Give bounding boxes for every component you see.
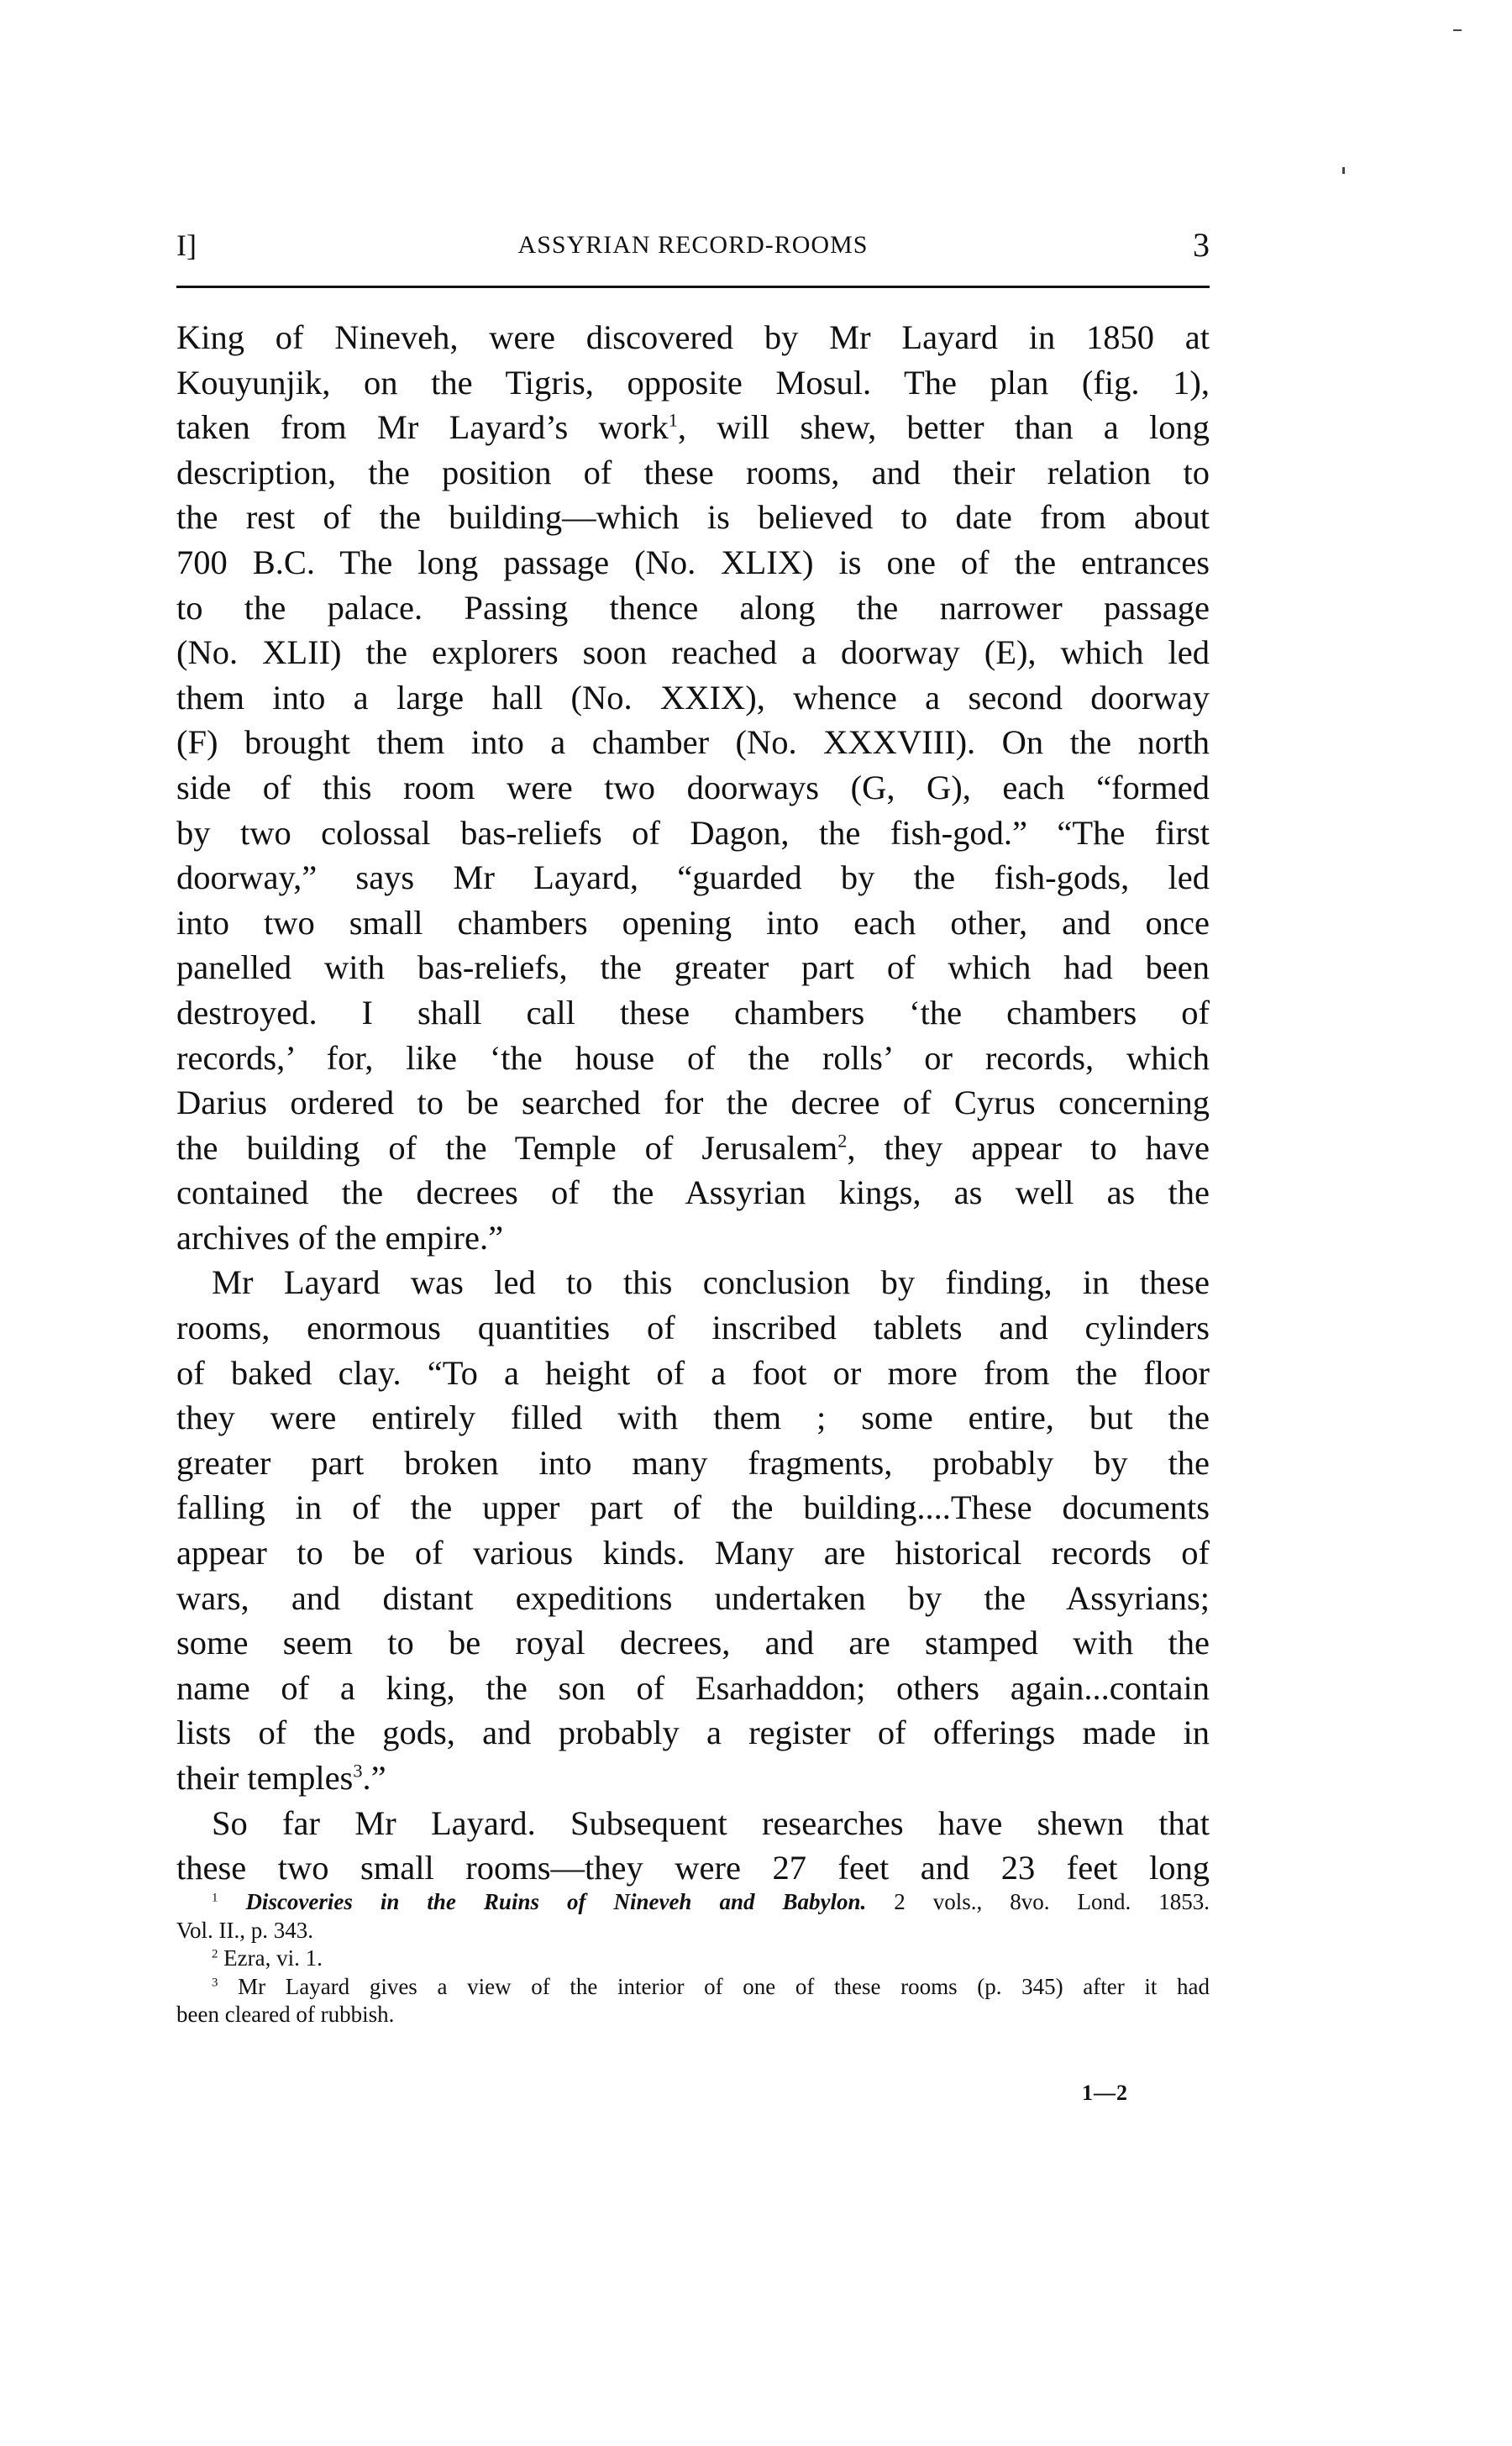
footnote-line: Vol. II., p. 343. (176, 1917, 1210, 1945)
text-line: contained the decrees of the Assyrian ki… (176, 1170, 1210, 1215)
scan-speck (1453, 29, 1462, 31)
text-line: description, the position of these rooms… (176, 450, 1210, 496)
footnotes: 1 Discoveries in the Ruins of Nineveh an… (176, 1888, 1210, 2029)
text-line: the building of the Temple of Jerusalem2… (176, 1126, 1210, 1171)
text-line: destroyed. I shall call these chambers ‘… (176, 990, 1210, 1036)
footnote-line: 2 Ezra, vi. 1. (176, 1945, 1210, 1973)
text-line: Mr Layard was led to this conclusion by … (176, 1260, 1210, 1305)
footnote-ref[interactable]: 3 (353, 1761, 362, 1782)
book-page: I] ASSYRIAN RECORD-ROOMS 3 King of Ninev… (0, 0, 1512, 2446)
text-line: records,’ for, like ‘the house of the ro… (176, 1036, 1210, 1081)
header-rule (176, 286, 1210, 288)
footnote-ref[interactable]: 1 (669, 410, 678, 431)
footnote-marker: 1 (212, 1891, 218, 1904)
signature-mark: 1—2 (1082, 2076, 1128, 2110)
text-line: some seem to be royal decrees, and are s… (176, 1620, 1210, 1666)
text-line: panelled with bas-reliefs, the greater p… (176, 945, 1210, 990)
text-line: them into a large hall (No. XXIX), whenc… (176, 675, 1210, 721)
text-line: to the palace. Passing thence along the … (176, 585, 1210, 631)
footnote-line: 1 Discoveries in the Ruins of Nineveh an… (176, 1888, 1210, 1917)
text-line: side of this room were two doorways (G, … (176, 765, 1210, 811)
text-line: these two small rooms—they were 27 feet … (176, 1845, 1210, 1891)
text-line: appear to be of various kinds. Many are … (176, 1530, 1210, 1576)
text-line: rooms, enormous quantities of inscribed … (176, 1305, 1210, 1351)
text-line: taken from Mr Layard’s work1, will shew,… (176, 405, 1210, 450)
footnote-line: been cleared of rubbish. (176, 2001, 1210, 2029)
footnote-marker: 2 (212, 1947, 218, 1960)
text-line: (F) brought them into a chamber (No. XXX… (176, 720, 1210, 765)
footnote-line: 3 Mr Layard gives a view of the interior… (176, 1973, 1210, 2002)
text-line: lists of the gods, and probably a regist… (176, 1710, 1210, 1756)
footnote-marker: 3 (212, 1976, 218, 1989)
footnote-ref[interactable]: 2 (837, 1130, 847, 1151)
scan-speck (1342, 167, 1345, 174)
text-line: their temples3.” (176, 1756, 1210, 1801)
text-line: the rest of the building—which is believ… (176, 495, 1210, 540)
text-line: by two colossal bas-reliefs of Dagon, th… (176, 811, 1210, 856)
cited-title: Discoveries in the Ruins of Nineveh and … (245, 1889, 866, 1914)
text-line: So far Mr Layard. Subsequent researches … (176, 1801, 1210, 1846)
text-line: into two small chambers opening into eac… (176, 900, 1210, 946)
text-line: 700 B.C. The long passage (No. XLIX) is … (176, 540, 1210, 585)
text-line: falling in of the upper part of the buil… (176, 1485, 1210, 1530)
text-line: of baked clay. “To a height of a foot or… (176, 1351, 1210, 1396)
text-line: archives of the empire.” (176, 1215, 1210, 1261)
body-text: King of Nineveh, were discovered by Mr L… (176, 315, 1210, 1891)
text-line: Kouyunjik, on the Tigris, opposite Mosul… (176, 360, 1210, 406)
running-head: I] ASSYRIAN RECORD-ROOMS 3 (176, 220, 1210, 270)
text-line: wars, and distant expeditions undertaken… (176, 1576, 1210, 1621)
page-number: 3 (1193, 220, 1210, 270)
text-line: Darius ordered to be searched for the de… (176, 1080, 1210, 1126)
text-line: King of Nineveh, were discovered by Mr L… (176, 315, 1210, 360)
text-line: (No. XLII) the explorers soon reached a … (176, 630, 1210, 675)
text-line: name of a king, the son of Esarhaddon; o… (176, 1666, 1210, 1711)
text-line: greater part broken into many fragments,… (176, 1441, 1210, 1486)
running-title: ASSYRIAN RECORD-ROOMS (176, 220, 1210, 270)
text-line: they were entirely filled with them ; so… (176, 1395, 1210, 1441)
text-line: doorway,” says Mr Layard, “guarded by th… (176, 855, 1210, 900)
